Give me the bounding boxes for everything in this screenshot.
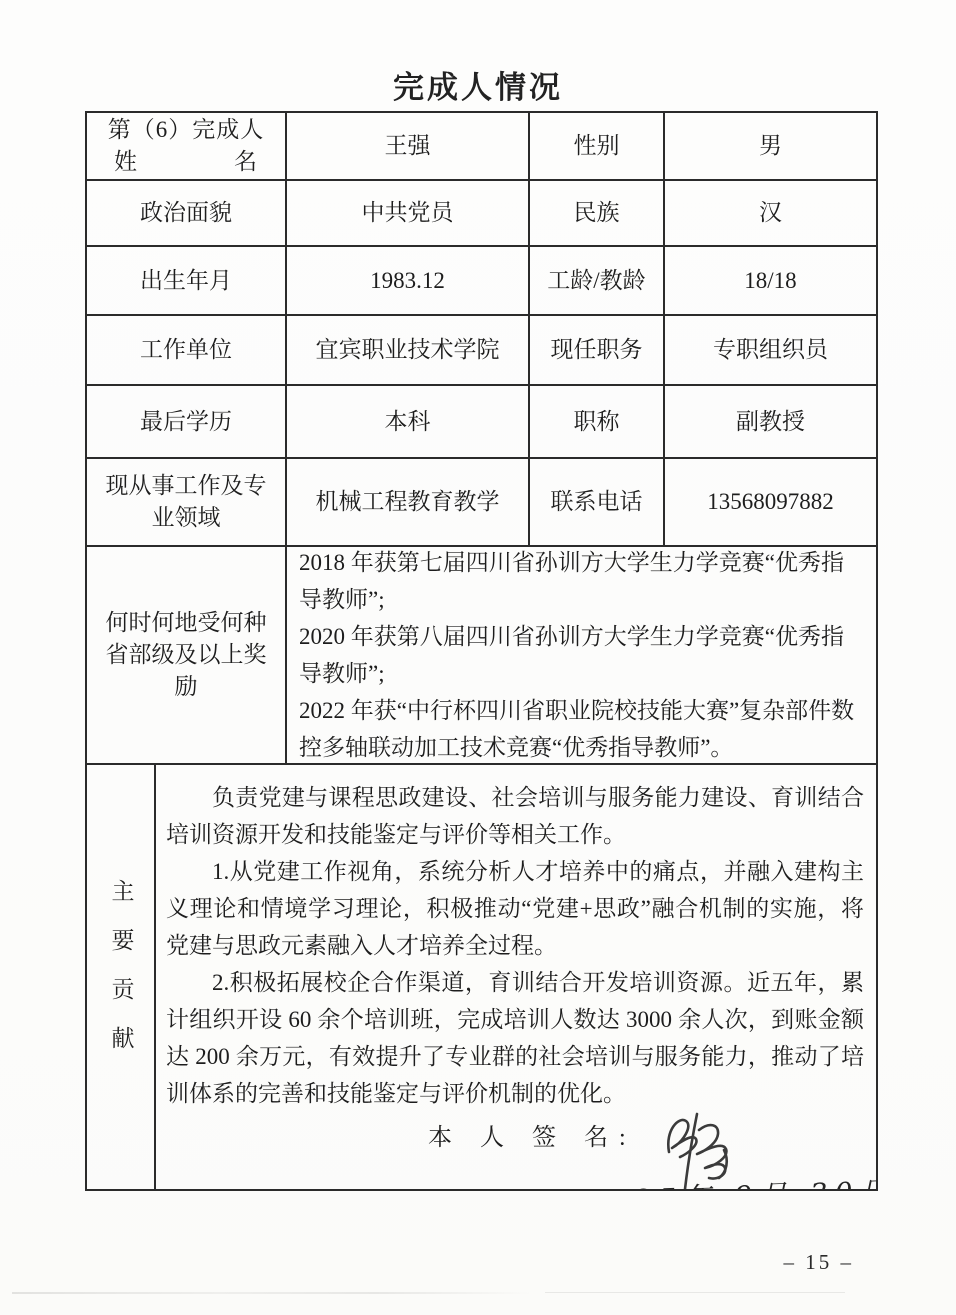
cell-employer-value: 宜宾职业技术学院 <box>287 316 530 384</box>
contribution-paragraph: 负责党建与课程思政建设、社会培训与服务能力建设、育训结合培训资源开发和技能鉴定与… <box>166 779 864 853</box>
row-label-title: 职称 <box>530 386 665 457</box>
row-label-employer: 工作单位 <box>87 316 287 384</box>
table-row-field: 现从事工作及专 业领域 机械工程教育教学 联系电话 13568097882 <box>87 459 876 547</box>
cell-seniority-value: 18/18 <box>665 247 876 314</box>
row-label-phone: 联系电话 <box>530 459 665 545</box>
table-row-contributions: 主要贡献 负责党建与课程思政建设、社会培训与服务能力建设、育训结合培训资源开发和… <box>87 765 876 1189</box>
cell-position-value: 专职组织员 <box>665 316 876 384</box>
handwritten-signature-image <box>639 1108 759 1189</box>
table-row-birth: 出生年月 1983.12 工龄/教龄 18/18 <box>87 247 876 316</box>
scanned-document-page: 完成人情况 第（6）完成人 姓 名 王强 性别 男 政治面貌 中共党员 民族 汉… <box>0 0 956 1315</box>
row-label-political-status: 政治面貌 <box>87 181 287 245</box>
table-row-name: 第（6）完成人 姓 名 王强 性别 男 <box>87 113 876 181</box>
award-item: 2018 年获第七届四川省孙训方大学生力学竞赛“优秀指导教师”; <box>299 547 866 618</box>
completer-info-table: 第（6）完成人 姓 名 王强 性别 男 政治面貌 中共党员 民族 汉 出生年月 … <box>85 111 878 1191</box>
row-label-education: 最后学历 <box>87 386 287 457</box>
contribution-paragraph: 1.从党建工作视角，系统分析人才培养中的痛点，并融入建构主义理论和情境学习理论，… <box>166 853 864 964</box>
cell-birth-date-value: 1983.12 <box>287 247 530 314</box>
row-label-main-contributions: 主要贡献 <box>87 765 156 1189</box>
row-label-seniority: 工龄/教龄 <box>530 247 665 314</box>
cell-phone-value: 13568097882 <box>665 459 876 545</box>
contribution-paragraph: 2.积极拓展校企合作渠道，育训结合开发培训资源。近五年，累计组织开设 60 余个… <box>166 964 864 1112</box>
page-title: 完成人情况 <box>0 62 956 107</box>
signature-label: 本 人 签 名: <box>428 1118 637 1158</box>
row-label-awards: 何时何地受何种 省部级及以上奖励 <box>87 547 287 763</box>
cell-ethnicity-value: 汉 <box>665 181 876 245</box>
cell-title-value: 副教授 <box>665 386 876 457</box>
row-label-gender: 性别 <box>530 113 665 179</box>
row-label-position: 现任职务 <box>530 316 665 384</box>
row-label-name: 第（6）完成人 姓 名 <box>87 113 287 179</box>
table-row-education: 最后学历 本科 职称 副教授 <box>87 386 876 459</box>
cell-name-value: 王强 <box>287 113 530 179</box>
cell-gender-value: 男 <box>665 113 876 179</box>
cell-awards-content: 2018 年获第七届四川省孙训方大学生力学竞赛“优秀指导教师”; 2020 年获… <box>287 547 876 763</box>
table-row-political: 政治面貌 中共党员 民族 汉 <box>87 181 876 247</box>
award-item: 2020 年获第八届四川省孙训方大学生力学竞赛“优秀指导教师”; <box>299 618 866 692</box>
cell-education-value: 本科 <box>287 386 530 457</box>
cell-political-value: 中共党员 <box>287 181 530 245</box>
row-label-birth-date: 出生年月 <box>87 247 287 314</box>
page-number: – 15 – <box>0 1250 956 1275</box>
award-item: 2022 年获“中行杯四川省职业院校技能大赛”复杂部件数控多轴联动加工技术竞赛“… <box>299 692 866 763</box>
scan-artifact-line <box>12 1292 532 1294</box>
row-label-ethnicity: 民族 <box>530 181 665 245</box>
scan-artifact-line <box>545 1292 845 1293</box>
row-label-current-field: 现从事工作及专 业领域 <box>87 459 287 545</box>
cell-contributions-content: 负责党建与课程思政建设、社会培训与服务能力建设、育训结合培训资源开发和技能鉴定与… <box>156 765 876 1189</box>
table-row-awards: 何时何地受何种 省部级及以上奖励 2018 年获第七届四川省孙训方大学生力学竞赛… <box>87 547 876 765</box>
cell-current-field-value: 机械工程教育教学 <box>287 459 530 545</box>
table-row-employer: 工作单位 宜宾职业技术学院 现任职务 专职组织员 <box>87 316 876 386</box>
